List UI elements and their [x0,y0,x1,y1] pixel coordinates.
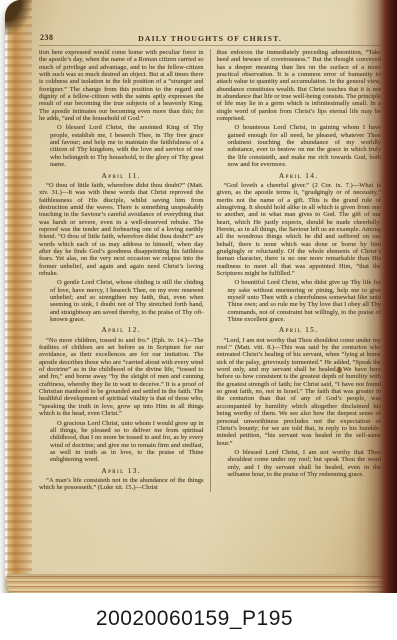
date-heading-april-13: April 13. [39,468,204,475]
left-prayer-april-12: O gracious Lord Christ, unto whom I woul… [50,420,204,464]
book-page: 238 DAILY THOUGHTS OF CHRIST. tion here … [5,0,397,593]
header-rule [39,45,381,46]
spine-gutter-shadow [351,0,397,593]
scanner-white-strip: 20020060159_P195 [0,593,397,640]
ink-stain [337,367,342,373]
page-stack-edge [7,574,389,593]
two-column-text: tion here expressed would come home with… [39,49,381,492]
book-scan-photo: 238 DAILY THOUGHTS OF CHRIST. tion here … [0,0,397,640]
running-header: 238 DAILY THOUGHTS OF CHRIST. [39,33,381,45]
left-prayer-april-10: O blessed Lord Christ, the anointed King… [50,124,204,168]
printed-page-content: 238 DAILY THOUGHTS OF CHRIST. tion here … [39,33,381,545]
date-heading-april-12: April 12. [39,327,204,334]
page-deckle-edge [5,0,32,579]
date-heading-april-11: April 11. [39,173,204,180]
left-devotional-april-12: “No more children, tossed to and fro.” (… [39,337,204,418]
left-prayer-april-11: O gentle Lord Christ, whose chiding is s… [50,279,204,323]
scan-id-label: 20020060159_P195 [0,607,389,631]
running-title: DAILY THOUGHTS OF CHRIST. [39,33,381,43]
left-column: tion here expressed would come home with… [39,49,211,492]
left-devotional-april-11: “O thou of little faith, wherefore didst… [39,182,204,277]
page-number: 238 [40,33,54,42]
left-devotional-april-13-start: “A man’s life consisteth not in the abun… [39,477,204,492]
left-paragraph-continuation: tion here expressed would come home with… [39,49,204,122]
